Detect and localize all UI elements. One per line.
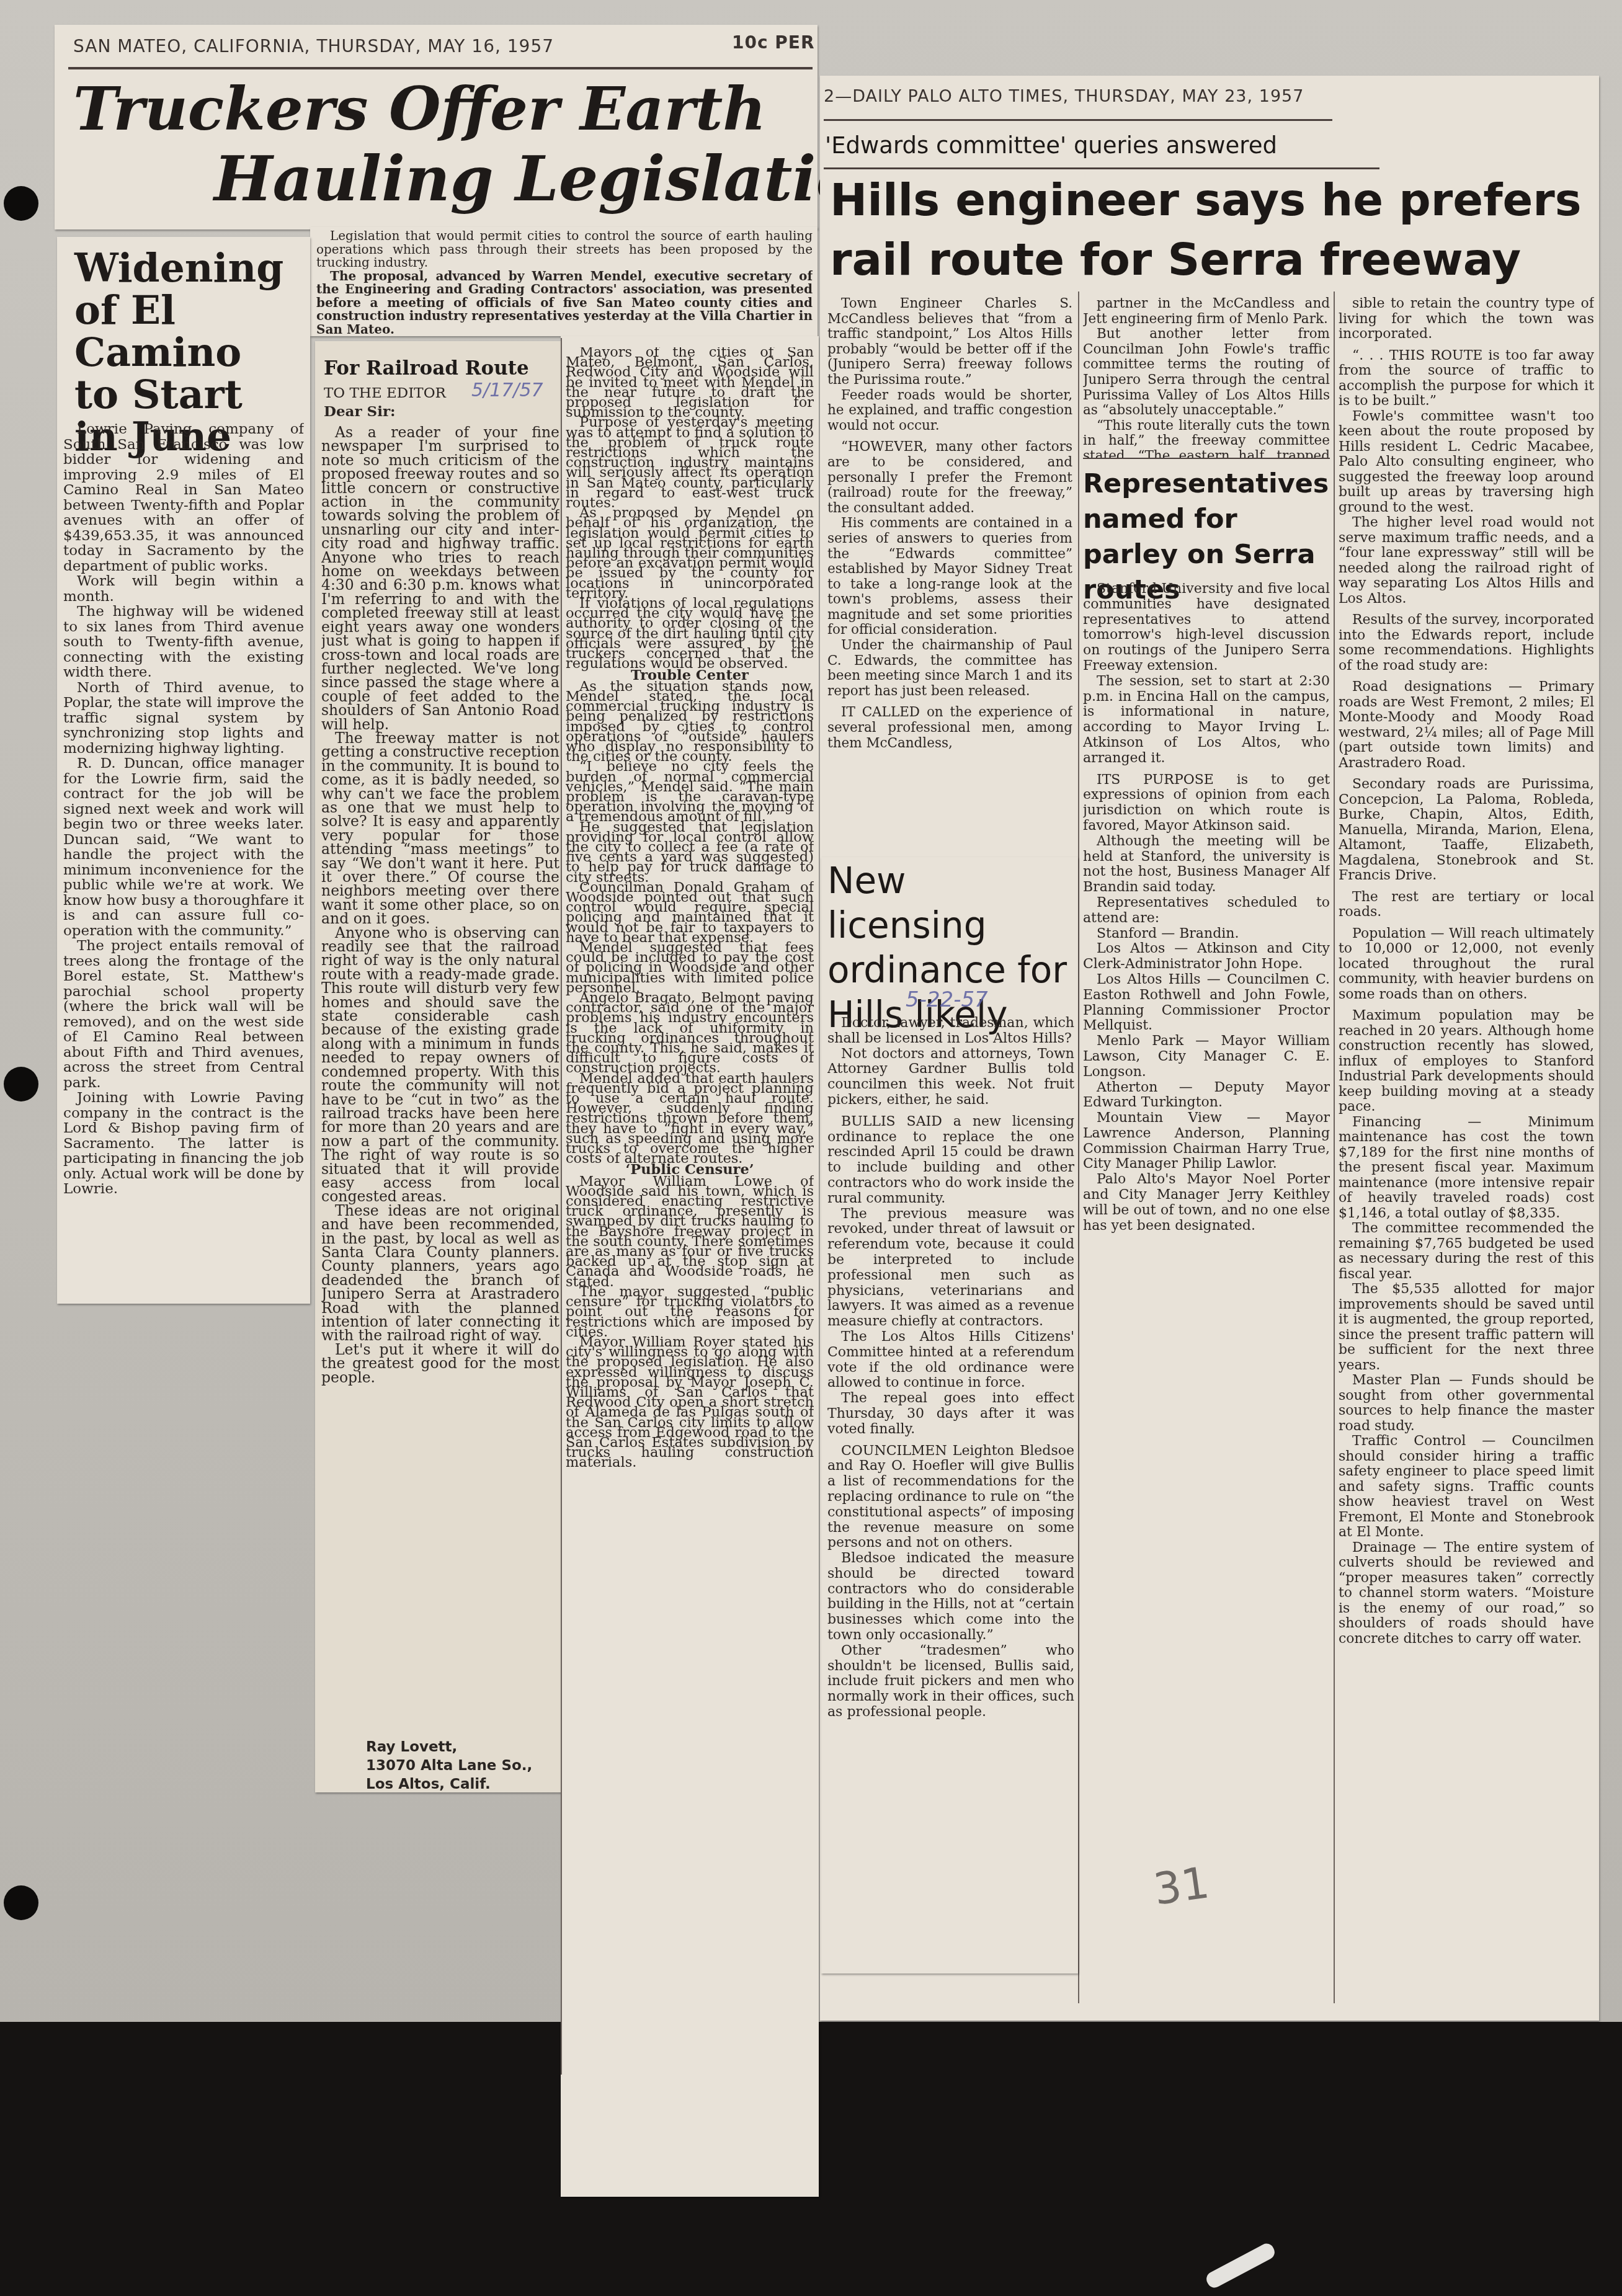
licensing-body: Doctor, lawyer, tradesman, which shall b… xyxy=(827,1016,1074,1971)
hills-engineer-headline-line2: rail route for Serra freeway xyxy=(830,234,1521,285)
pencil-page-number: 31 xyxy=(1151,1857,1213,1915)
letter-paragraph: Let's put it where it will do the greate… xyxy=(321,1343,559,1384)
hills-engineer-col1: Town Engineer Charles S. McCandless beli… xyxy=(827,296,1072,843)
article-paragraph: Maximum population may be reached in 20 … xyxy=(1339,1008,1594,1115)
article-paragraph: Bledsoe indicated the measure should be … xyxy=(827,1551,1074,1644)
signature-name: Ray Lovett, xyxy=(366,1738,532,1756)
hills-engineer-col2: partner in the McCandless and Jett engin… xyxy=(1083,296,1330,459)
attendee: Menlo Park — Mayor William Lawson, City … xyxy=(1083,1034,1330,1080)
article-paragraph: The highway will be widened to six lanes… xyxy=(63,604,304,680)
truckers-headline-line1: Truckers Offer Earth xyxy=(73,79,766,139)
representatives-body: Stanford University and five local commu… xyxy=(1083,582,1330,1475)
price-label: 10c PER xyxy=(732,32,815,53)
article-paragraph: The previous measure was revoked, under … xyxy=(827,1207,1074,1330)
article-paragraph: partner in the McCandless and Jett engin… xyxy=(1083,296,1330,327)
article-paragraph: Purpose of yesterday's meeting was to at… xyxy=(566,417,814,508)
article-paragraph: Feeder roads would be shorter, he explai… xyxy=(827,388,1072,434)
article-paragraph: “This route literally cuts the town in h… xyxy=(1083,419,1330,459)
article-paragraph: Stanford University and five local commu… xyxy=(1083,582,1330,674)
binder-hole xyxy=(4,1885,38,1920)
master-plan: Master Plan — Funds should be sought fro… xyxy=(1339,1373,1594,1434)
letter-body: As a reader of your fine newspaper I'm s… xyxy=(321,425,559,1722)
article-paragraph: Angelo Bragato, Belmont paving contracto… xyxy=(566,993,814,1074)
palo-alto-dateline: 2—DAILY PALO ALTO TIMES, THURSDAY, MAY 2… xyxy=(824,87,1304,106)
article-paragraph: ITS PURPOSE is to get expressions of opi… xyxy=(1083,773,1330,834)
article-paragraph: Town Engineer Charles S. McCandless beli… xyxy=(827,296,1072,388)
article-paragraph: Other “tradesmen” who shouldn't be licen… xyxy=(827,1644,1074,1720)
attendee: Los Altos — Atkinson and City Clerk-Admi… xyxy=(1083,941,1330,972)
article-paragraph: Fowle's committee wasn't too keen about … xyxy=(1339,409,1594,516)
kicker-rule xyxy=(824,167,1379,169)
article-paragraph: Lowrie Paving company of South San Franc… xyxy=(63,422,304,574)
population: Population — Will reach ultimately to 10… xyxy=(1339,927,1594,1003)
header-rule xyxy=(68,67,813,69)
hills-engineer-headline-line1: Hills engineer says he prefers xyxy=(830,175,1582,225)
article-paragraph: Mendel added that earth haulers frequent… xyxy=(566,1074,814,1164)
article-paragraph: Results of the survey, incorporated into… xyxy=(1339,613,1594,674)
binder-hole xyxy=(4,1067,38,1101)
article-paragraph: BULLIS SAID a new licensing ordinance to… xyxy=(827,1115,1074,1207)
kicker: 'Edwards committee' queries answered xyxy=(825,133,1277,158)
attendee: Stanford — Brandin. xyxy=(1083,927,1330,942)
attendee: Los Altos Hills — Councilmen C. Easton R… xyxy=(1083,972,1330,1034)
article-paragraph: Mendel suggested that fees could be incl… xyxy=(566,943,814,993)
column-rule xyxy=(1078,291,1079,2003)
article-paragraph: IT CALLED on the experience of several p… xyxy=(827,705,1072,751)
el-camino-body: Lowrie Paving company of South San Franc… xyxy=(63,422,304,1302)
article-paragraph: The committee recommended the remaining … xyxy=(1339,1221,1594,1282)
truckers-body: Mayors of the cities of San Mateo, Belmo… xyxy=(566,347,814,2189)
article-paragraph: Work will begin within a month. xyxy=(63,574,304,604)
article-paragraph: As proposed by Mendel on behalf of his o… xyxy=(566,508,814,598)
article-paragraph: Under the chairmanship of Paul C. Edward… xyxy=(827,638,1072,699)
article-paragraph: “I believe no city feels the burden of n… xyxy=(566,762,814,822)
article-paragraph: North of Third avenue, to Poplar, the st… xyxy=(63,680,304,757)
letter-headline: For Railroad Route xyxy=(324,358,529,379)
article-paragraph: “. . . THIS ROUTE is too far away from t… xyxy=(1339,349,1594,409)
article-paragraph: The repeal goes into effect Thursday, 30… xyxy=(827,1391,1074,1437)
hills-engineer-col3: sible to retain the country type of livi… xyxy=(1339,296,1594,2008)
article-paragraph: Palo Alto's Mayor Noel Porter and City M… xyxy=(1083,1172,1330,1234)
letter-paragraph: The freeway matter is not getting a cons… xyxy=(321,731,559,926)
article-paragraph: Joining with Lowrie Paving company in th… xyxy=(63,1090,304,1197)
attendee: Mountain View — Mayor Lawrence Anderson,… xyxy=(1083,1111,1330,1172)
article-paragraph: If violations of local regulations occur… xyxy=(566,598,814,669)
letter-signature: Ray Lovett, 13070 Alta Lane So., Los Alt… xyxy=(366,1738,532,1794)
article-paragraph: Mayor William Royer stated his city's wi… xyxy=(566,1337,814,1468)
truckers-lead: Legislation that would permit cities to … xyxy=(316,229,813,336)
proposal-paragraph: The proposal, advanced by Warren Mendel,… xyxy=(316,270,813,337)
article-paragraph: Councilman Donald Graham of Woodside poi… xyxy=(566,883,814,943)
letter-paragraph: As a reader of your fine newspaper I'm s… xyxy=(321,425,559,731)
traffic-control: Traffic Control — Councilmen should cons… xyxy=(1339,1434,1594,1541)
road-designations: Road designations — Primary roads are We… xyxy=(1339,680,1594,771)
article-paragraph: sible to retain the country type of livi… xyxy=(1339,296,1594,342)
dateline-rule xyxy=(824,119,1332,121)
secondary-roads: Secondary roads are Purissima, Concepcio… xyxy=(1339,777,1594,884)
handwritten-date: 5/17/57 xyxy=(471,380,543,401)
article-paragraph: Not doctors and attorneys, Town Attorney… xyxy=(827,1047,1074,1108)
article-paragraph: Representatives scheduled to attend are: xyxy=(1083,896,1330,927)
article-paragraph: But another letter from Councilman John … xyxy=(1083,327,1330,419)
column-rule xyxy=(561,338,562,2075)
attendee: Atherton — Deputy Mayor Edward Turkingto… xyxy=(1083,1080,1330,1111)
article-paragraph: The session, set to start at 2:30 p.m. i… xyxy=(1083,674,1330,767)
article-paragraph: The Los Altos Hills Citizens' Committee … xyxy=(827,1330,1074,1391)
letter-paragraph: Anyone who is observing can readily see … xyxy=(321,926,559,1204)
article-paragraph: As the situation stands now, Mendel stat… xyxy=(566,682,814,762)
salutation: Dear Sir: xyxy=(324,404,396,420)
article-paragraph: The rest are tertiary or local roads. xyxy=(1339,890,1594,920)
column-rule xyxy=(1334,291,1335,2003)
article-paragraph: The project entails removal of trees alo… xyxy=(63,938,304,1090)
article-paragraph: His comments are contained in a series o… xyxy=(827,516,1072,638)
article-paragraph: R. D. Duncan, office manager for the Low… xyxy=(63,756,304,938)
letter-to: TO THE EDITOR xyxy=(324,386,479,401)
article-paragraph: “HOWEVER, many other factors are to be c… xyxy=(827,440,1072,516)
handwritten-date: 5-22-57 xyxy=(906,987,988,1012)
article-paragraph: He suggested that legislation providing … xyxy=(566,822,814,883)
article-paragraph: Doctor, lawyer, tradesman, which shall b… xyxy=(827,1016,1074,1047)
article-paragraph: Mayors of the cities of San Mateo, Belmo… xyxy=(566,347,814,417)
financing: Financing — Minimum maintenance has cost… xyxy=(1339,1115,1594,1222)
letter-paragraph: These ideas are not original and have be… xyxy=(321,1204,559,1343)
signature-city: Los Altos, Calif. xyxy=(366,1775,532,1794)
to-the-editor-label: TO THE EDITOR xyxy=(324,386,446,401)
letter-salutation: Dear Sir: xyxy=(324,404,448,420)
article-paragraph: The mayor suggested “public censure” for… xyxy=(566,1287,814,1337)
lead-paragraph: Legislation that would permit cities to … xyxy=(316,229,813,270)
drainage: Drainage — The entire system of culverts… xyxy=(1339,1541,1594,1647)
article-paragraph: The higher level road would not serve ma… xyxy=(1339,515,1594,607)
story-divider xyxy=(1083,458,1330,459)
article-paragraph: The $5,535 allotted for major improvemen… xyxy=(1339,1282,1594,1373)
article-paragraph: Although the meeting will be held at Sta… xyxy=(1083,834,1330,896)
truckers-headline-line2: Hauling Legislation xyxy=(214,148,902,210)
article-paragraph: COUNCILMEN Leighton Bledsoe and Ray O. H… xyxy=(827,1444,1074,1552)
binder-hole xyxy=(4,186,38,221)
san-mateo-dateline: SAN MATEO, CALIFORNIA, THURSDAY, MAY 16,… xyxy=(73,36,554,56)
signature-address: 13070 Alta Lane So., xyxy=(366,1756,532,1775)
article-paragraph: Mayor William Lowe of Woodside said his … xyxy=(566,1177,814,1287)
